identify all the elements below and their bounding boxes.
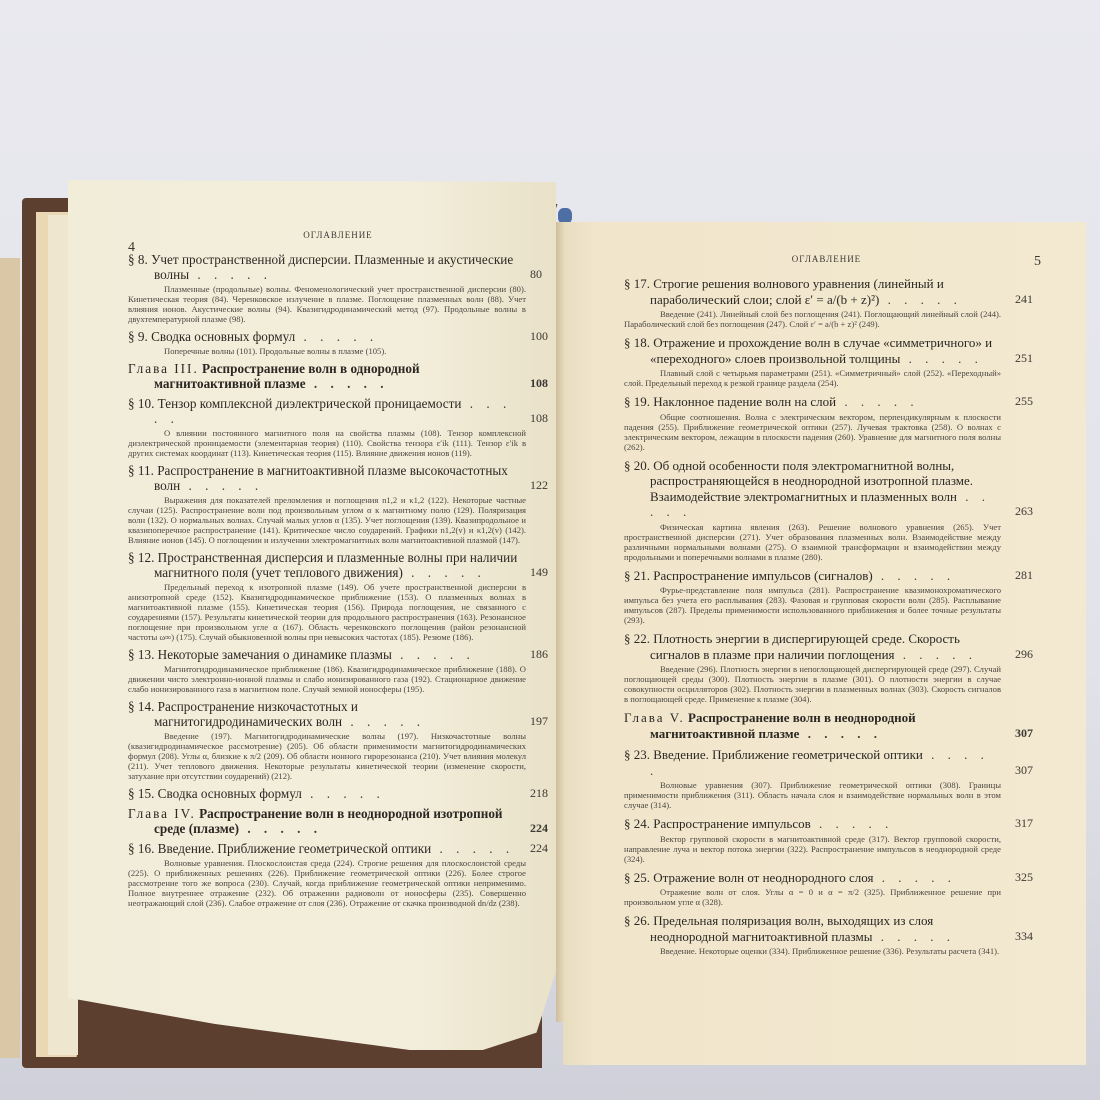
entry-description: Поперечные волны (101). Продольные волны… xyxy=(128,346,548,356)
entry-label: § 9. xyxy=(128,329,148,344)
entry-title: § 23. Введение. Приближение геометрическ… xyxy=(624,747,1029,778)
entry-label: § 20. xyxy=(624,458,650,473)
entry-title-text: Сводка основных формул xyxy=(158,786,302,801)
entry-title: § 24. Распространение импульсов . . . . … xyxy=(624,816,1029,832)
entry-description: Введение (296). Плотность энергии в непо… xyxy=(624,664,1029,704)
entry-title: § 12. Пространственная дисперсия и плазм… xyxy=(128,550,548,580)
entry-title: § 25. Отражение волн от неоднородного сл… xyxy=(624,870,1029,886)
entry-title-text: Наклонное падение волн на слой xyxy=(653,394,836,409)
entry-label: § 11. xyxy=(128,463,154,478)
toc-section-entry: § 22. Плотность энергии в диспергирующей… xyxy=(624,631,1029,704)
entry-title: Глава III. Распространение волн в одноро… xyxy=(128,361,548,391)
entry-title: § 22. Плотность энергии в диспергирующей… xyxy=(624,631,1029,662)
entry-description: Вектор групповой скорости в магнитоактив… xyxy=(624,834,1029,864)
toc-section-entry: § 26. Предельная поляризация волн, выход… xyxy=(624,913,1029,956)
toc-section-entry: § 15. Сводка основных формул . . . . .21… xyxy=(128,786,548,801)
leader-dots: . . . . . xyxy=(392,647,475,662)
toc-section-entry: § 24. Распространение импульсов . . . . … xyxy=(624,816,1029,864)
entry-title-text: Распространение импульсов xyxy=(653,816,811,831)
entry-title: § 19. Наклонное падение волн на слой . .… xyxy=(624,394,1029,410)
entry-description: Плавный слой с четырьмя параметрами (251… xyxy=(624,368,1029,388)
leader-dots: . . . . . xyxy=(872,929,955,944)
entry-label: § 15. xyxy=(128,786,154,801)
toc-section-entry: § 12. Пространственная дисперсия и плазм… xyxy=(128,550,548,642)
entry-label: § 16. xyxy=(128,841,154,856)
entry-description: Волновые уравнения (307). Приближение ге… xyxy=(624,780,1029,810)
entry-title-text: Распространение волн в неоднородной изот… xyxy=(154,806,503,836)
entry-description: Отражение волн от слоя. Углы α = 0 и α =… xyxy=(624,887,1029,907)
entry-description: Фурье-представление поля импульса (281).… xyxy=(624,585,1029,625)
entry-label: Глава IV. xyxy=(128,806,196,821)
entry-title-text: Тензор комплексной диэлектрической прони… xyxy=(158,396,462,411)
entry-label: § 12. xyxy=(128,550,154,565)
entry-label: § 8. xyxy=(128,252,148,267)
entry-title: § 18. Отражение и прохождение волн в слу… xyxy=(624,335,1029,366)
entry-description: Плазменные (продольные) волны. Феноменол… xyxy=(128,284,548,324)
toc-chapter-entry: Глава III. Распространение волн в одноро… xyxy=(128,361,548,391)
toc-chapter-entry: Глава V. Распространение волн в неодноро… xyxy=(624,710,1029,741)
page-number: 5 xyxy=(1034,254,1041,270)
leader-dots: . . . . . xyxy=(799,726,882,741)
leader-dots: . . . . . xyxy=(302,786,385,801)
entry-label: § 19. xyxy=(624,394,650,409)
entry-title-text: Распространение импульсов (сигналов) xyxy=(653,568,872,583)
entry-description: Волновые уравнения. Плоскослоистая среда… xyxy=(128,858,548,908)
entry-label: § 24. xyxy=(624,816,650,831)
entry-description: Введение (241). Линейный слой без поглощ… xyxy=(624,309,1029,329)
entry-title-text: Отражение волн от неоднородного слоя xyxy=(653,870,873,885)
toc-section-entry: § 17. Строгие решения волнового уравнени… xyxy=(624,276,1029,329)
entry-title: § 15. Сводка основных формул . . . . .21… xyxy=(128,786,548,801)
running-head: ОГЛАВЛЕНИЕ 5 xyxy=(624,258,1029,276)
entry-description: Физическая картина явления (263). Решени… xyxy=(624,522,1029,562)
toc-section-entry: § 25. Отражение волн от неоднородного сл… xyxy=(624,870,1029,908)
leader-dots: . . . . . xyxy=(180,478,263,493)
entry-title: Глава IV. Распространение волн в неоднор… xyxy=(128,806,548,836)
entry-description: Предельный переход к изотропной плазме (… xyxy=(128,582,548,642)
toc-section-entry: § 21. Распространение импульсов (сигнало… xyxy=(624,568,1029,626)
entry-description: О влиянии постоянного магнитного поля на… xyxy=(128,428,548,458)
adjacent-book-edge xyxy=(0,258,20,1058)
entry-label: § 21. xyxy=(624,568,650,583)
entry-title-text: Об одной особенности поля электромагнитн… xyxy=(650,458,973,504)
entry-description: Введение (197). Магнитогидродинамические… xyxy=(128,731,548,781)
toc-section-entry: § 9. Сводка основных формул . . . . .100… xyxy=(128,329,548,356)
leader-dots: . . . . . xyxy=(306,376,389,391)
toc-section-entry: § 19. Наклонное падение волн на слой . .… xyxy=(624,394,1029,452)
toc-section-entry: § 8. Учет пространственной дисперсии. Пл… xyxy=(128,252,548,324)
leader-dots: . . . . . xyxy=(189,267,272,282)
leader-dots: . . . . . xyxy=(431,841,514,856)
toc-section-entry: § 20. Об одной особенности поля электром… xyxy=(624,458,1029,562)
leader-dots: . . . . . xyxy=(879,292,962,307)
leader-dots: . . . . . xyxy=(239,821,322,836)
leader-dots: . . . . . xyxy=(836,394,919,409)
entry-title: § 10. Тензор комплексной диэлектрической… xyxy=(128,396,548,426)
toc-list: § 17. Строгие решения волнового уравнени… xyxy=(624,276,1029,956)
toc-section-entry: § 13. Некоторые замечания о динамике пла… xyxy=(128,647,548,694)
entry-title: § 20. Об одной особенности поля электром… xyxy=(624,458,1029,520)
entry-label: § 17. xyxy=(624,276,650,291)
entry-label: Глава V. xyxy=(624,710,685,725)
leader-dots: . . . . . xyxy=(811,816,894,831)
entry-title-text: Распространение низкочастотных и магнито… xyxy=(154,699,358,729)
running-head-title: ОГЛАВЛЕНИЕ xyxy=(303,230,372,240)
entry-description: Общие соотношения. Волна с электрическим… xyxy=(624,412,1029,452)
leader-dots: . . . . . xyxy=(403,565,486,580)
entry-label: § 23. xyxy=(624,747,650,762)
book-gutter xyxy=(556,222,564,1022)
entry-label: § 22. xyxy=(624,631,650,646)
entry-label: § 10. xyxy=(128,396,154,411)
entry-label: Глава III. xyxy=(128,361,199,376)
right-page-content: ОГЛАВЛЕНИЕ 5 § 17. Строгие решения волно… xyxy=(624,258,1029,962)
entry-description: Выражения для показателей преломления и … xyxy=(128,495,548,545)
entry-description: Введение. Некоторые оценки (334). Прибли… xyxy=(624,946,1029,956)
entry-title: § 21. Распространение импульсов (сигнало… xyxy=(624,568,1029,584)
entry-title: Глава V. Распространение волн в неодноро… xyxy=(624,710,1029,741)
toc-list: § 8. Учет пространственной дисперсии. Пл… xyxy=(128,252,548,908)
running-head: 4 ОГЛАВЛЕНИЕ xyxy=(128,230,548,252)
leader-dots: . . . . . xyxy=(900,351,983,366)
entry-title-text: Введение. Приближение геометрической опт… xyxy=(158,841,432,856)
leader-dots: . . . . . xyxy=(342,714,425,729)
toc-section-entry: § 18. Отражение и прохождение волн в слу… xyxy=(624,335,1029,388)
leader-dots: . . . . . xyxy=(895,647,978,662)
entry-label: § 26. xyxy=(624,913,650,928)
entry-title-text: Введение. Приближение геометрической опт… xyxy=(653,747,923,762)
entry-title: § 8. Учет пространственной дисперсии. Пл… xyxy=(128,252,548,282)
entry-title: § 17. Строгие решения волнового уравнени… xyxy=(624,276,1029,307)
leader-dots: . . . . . xyxy=(873,870,956,885)
entry-title: § 16. Введение. Приближение геометрическ… xyxy=(128,841,548,856)
entry-title: § 9. Сводка основных формул . . . . .100 xyxy=(128,329,548,344)
entry-title: § 11. Распространение в магнитоактивной … xyxy=(128,463,548,493)
toc-chapter-entry: Глава IV. Распространение волн в неоднор… xyxy=(128,806,548,836)
entry-title-text: Некоторые замечания о динамике плазмы xyxy=(158,647,392,662)
toc-section-entry: § 14. Распространение низкочастотных и м… xyxy=(128,699,548,781)
entry-label: § 18. xyxy=(624,335,650,350)
entry-description: Магнитогидродинамическое приближение (18… xyxy=(128,664,548,694)
entry-label: § 14. xyxy=(128,699,154,714)
leader-dots: . . . . . xyxy=(873,568,956,583)
entry-title: § 13. Некоторые замечания о динамике пла… xyxy=(128,647,548,662)
entry-label: § 25. xyxy=(624,870,650,885)
leader-dots: . . . . . xyxy=(295,329,378,344)
entry-title-text: Сводка основных формул xyxy=(151,329,295,344)
toc-section-entry: § 11. Распространение в магнитоактивной … xyxy=(128,463,548,545)
entry-title: § 26. Предельная поляризация волн, выход… xyxy=(624,913,1029,944)
left-page-content: 4 ОГЛАВЛЕНИЕ § 8. Учет пространственной … xyxy=(128,230,548,913)
toc-section-entry: § 16. Введение. Приближение геометрическ… xyxy=(128,841,548,908)
toc-section-entry: § 10. Тензор комплексной диэлектрической… xyxy=(128,396,548,458)
entry-label: § 13. xyxy=(128,647,154,662)
running-head-title: ОГЛАВЛЕНИЕ xyxy=(792,254,861,264)
toc-section-entry: § 23. Введение. Приближение геометрическ… xyxy=(624,747,1029,810)
entry-title: § 14. Распространение низкочастотных и м… xyxy=(128,699,548,729)
